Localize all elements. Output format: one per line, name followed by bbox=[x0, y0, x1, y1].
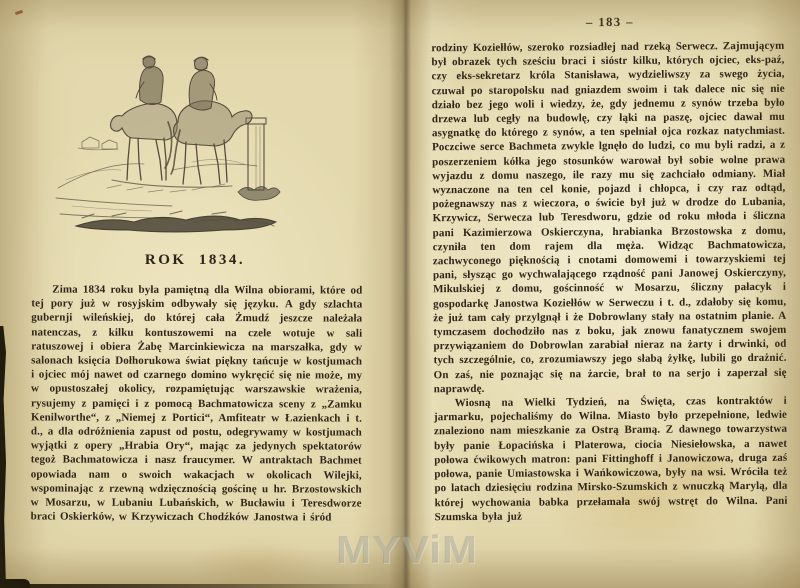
scan-edge-left bbox=[0, 326, 6, 588]
right-page-paragraph-1: rodziny Koziełłów, szeroko rozsiadłej na… bbox=[431, 39, 786, 397]
left-page-paragraph: Zima 1834 roku była pamiętną dla Wilna o… bbox=[31, 282, 363, 525]
scan-watermark: MYViM bbox=[336, 528, 478, 572]
scan-speck bbox=[15, 10, 24, 15]
page-number: – 183 – bbox=[434, 13, 786, 31]
left-page-text: Zima 1834 roku była pamiętną dla Wilna o… bbox=[31, 282, 363, 525]
scan-edge-bottom bbox=[0, 584, 392, 588]
scan-edge-corner bbox=[0, 579, 30, 588]
right-page-text: rodziny Koziełłów, szeroko rozsiadłej na… bbox=[431, 39, 787, 524]
right-page-paragraph-2: Wiosną na Wielki Tydzień, na Święta, cza… bbox=[434, 394, 788, 524]
chapter-heading: ROK 1834. bbox=[30, 252, 360, 269]
horsemen-illustration bbox=[52, 30, 284, 236]
book-spread-scan: ROK 1834. Zima 1834 roku była pamiętną d… bbox=[0, 0, 800, 588]
